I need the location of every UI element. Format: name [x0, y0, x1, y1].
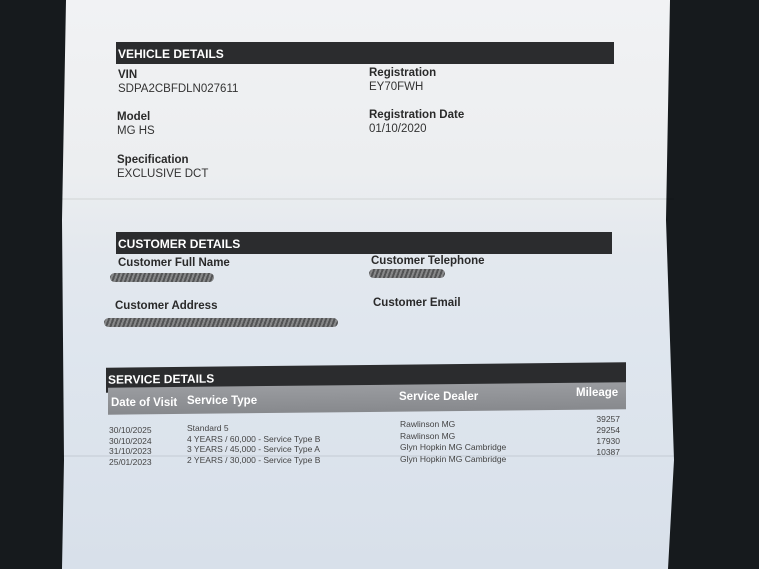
redacted-name	[110, 273, 214, 282]
service-table-header	[108, 382, 626, 414]
redacted-telephone	[369, 269, 445, 278]
cell-dealer: Glyn Hopkin MG Cambridge	[400, 442, 506, 452]
model-value: MG HS	[117, 125, 155, 137]
model-label: Model	[117, 111, 150, 123]
cell-type: 2 YEARS / 30,000 - Service Type B	[187, 455, 320, 465]
redacted-address	[104, 318, 338, 327]
vehicle-details-header: VEHICLE DETAILS	[116, 42, 614, 64]
column-mileage: Mileage	[576, 387, 618, 399]
column-service-type: Service Type	[187, 395, 257, 407]
registration-date-label: Registration Date	[369, 109, 464, 121]
cell-date: 30/10/2024	[109, 436, 152, 446]
registration-value: EY70FWH	[369, 81, 423, 93]
cell-type: 4 YEARS / 60,000 - Service Type B	[187, 434, 320, 444]
cell-mileage: 29254	[578, 425, 620, 435]
vin-label: VIN	[118, 69, 137, 81]
cell-dealer: Rawlinson MG	[400, 431, 455, 441]
cell-date: 30/10/2025	[109, 425, 152, 435]
specification-value: EXCLUSIVE DCT	[117, 168, 208, 180]
cell-date: 31/10/2023	[109, 446, 152, 456]
column-date-of-visit: Date of Visit	[111, 397, 177, 409]
cell-dealer: Glyn Hopkin MG Cambridge	[400, 454, 506, 464]
column-service-dealer: Service Dealer	[399, 391, 478, 403]
specification-label: Specification	[117, 154, 189, 166]
cell-date: 25/01/2023	[109, 457, 152, 467]
vin-value: SDPA2CBFDLN027611	[118, 83, 238, 95]
cell-mileage: 17930	[578, 436, 620, 446]
customer-telephone-label: Customer Telephone	[371, 255, 485, 267]
customer-address-label: Customer Address	[115, 300, 217, 312]
registration-date-value: 01/10/2020	[369, 123, 427, 135]
cell-mileage: 10387	[578, 447, 620, 457]
cell-type: 3 YEARS / 45,000 - Service Type A	[187, 444, 320, 454]
cell-mileage: 39257	[578, 414, 620, 424]
cell-dealer: Rawlinson MG	[400, 419, 455, 429]
cell-type: Standard 5	[187, 423, 229, 433]
customer-email-label: Customer Email	[373, 297, 461, 309]
customer-full-name-label: Customer Full Name	[118, 257, 230, 269]
registration-label: Registration	[369, 67, 436, 79]
paper-fold	[62, 198, 674, 200]
customer-details-header: CUSTOMER DETAILS	[116, 232, 612, 254]
